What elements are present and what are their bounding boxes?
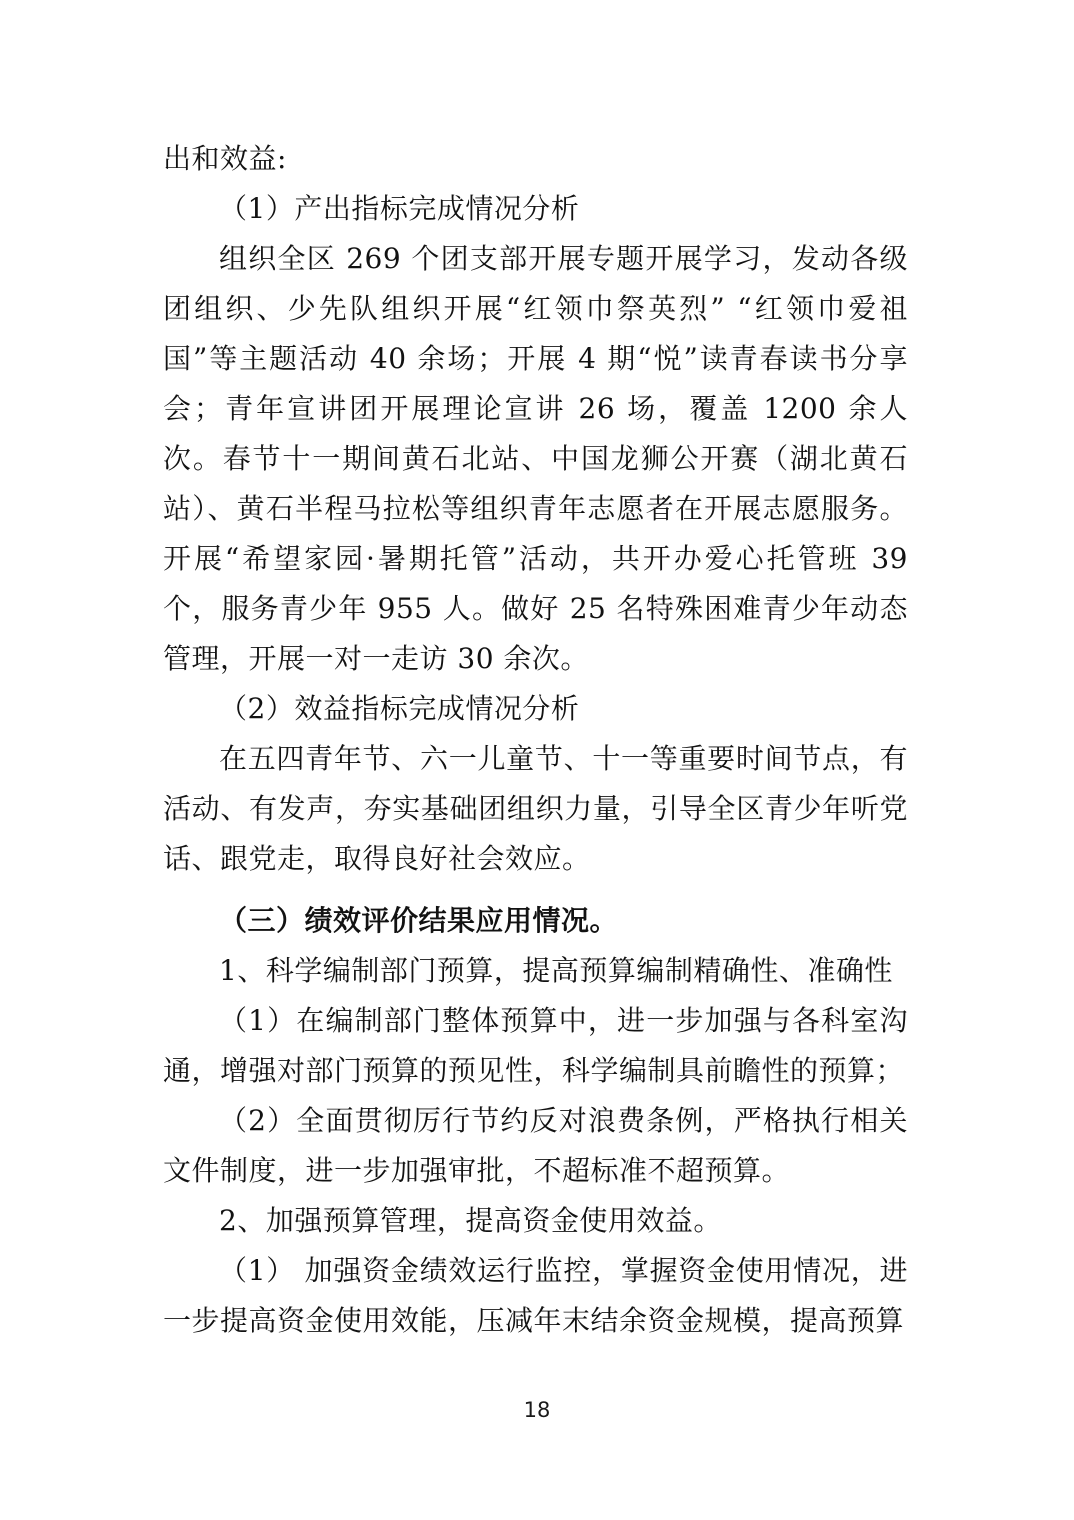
subheading-output-indicators: （1）产出指标完成情况分析: [163, 184, 908, 234]
item-2-budget-management: 2、加强预算管理，提高资金使用效益。: [163, 1196, 908, 1246]
paragraph-budget-point-1: （1）在编制部门整体预算中，进一步加强与各科室沟通，增强对部门预算的预见性，科学…: [163, 996, 908, 1096]
item-1-budget-preparation: 1、科学编制部门预算，提高预算编制精确性、准确性: [163, 946, 908, 996]
section-heading-application: （三）绩效评价结果应用情况。: [163, 896, 908, 946]
page-number: 18: [0, 1398, 1074, 1422]
subheading-benefit-indicators: （2）效益指标完成情况分析: [163, 684, 908, 734]
page-content: 出和效益: （1）产出指标完成情况分析 组织全区 269 个团支部开展专题开展学…: [163, 134, 908, 1346]
paragraph-fund-monitoring: （1） 加强资金绩效运行监控，掌握资金使用情况，进一步提高资金使用效能，压减年末…: [163, 1246, 908, 1346]
paragraph-continuation: 出和效益:: [163, 134, 908, 184]
paragraph-benefit-analysis: 在五四青年节、六一儿童节、十一等重要时间节点，有活动、有发声，夯实基础团组织力量…: [163, 734, 908, 884]
paragraph-budget-point-2: （2）全面贯彻厉行节约反对浪费条例，严格执行相关文件制度，进一步加强审批，不超标…: [163, 1096, 908, 1196]
paragraph-output-analysis: 组织全区 269 个团支部开展专题开展学习，发动各级团组织、少先队组织开展“红领…: [163, 234, 908, 684]
document-page: 出和效益: （1）产出指标完成情况分析 组织全区 269 个团支部开展专题开展学…: [0, 0, 1074, 1520]
